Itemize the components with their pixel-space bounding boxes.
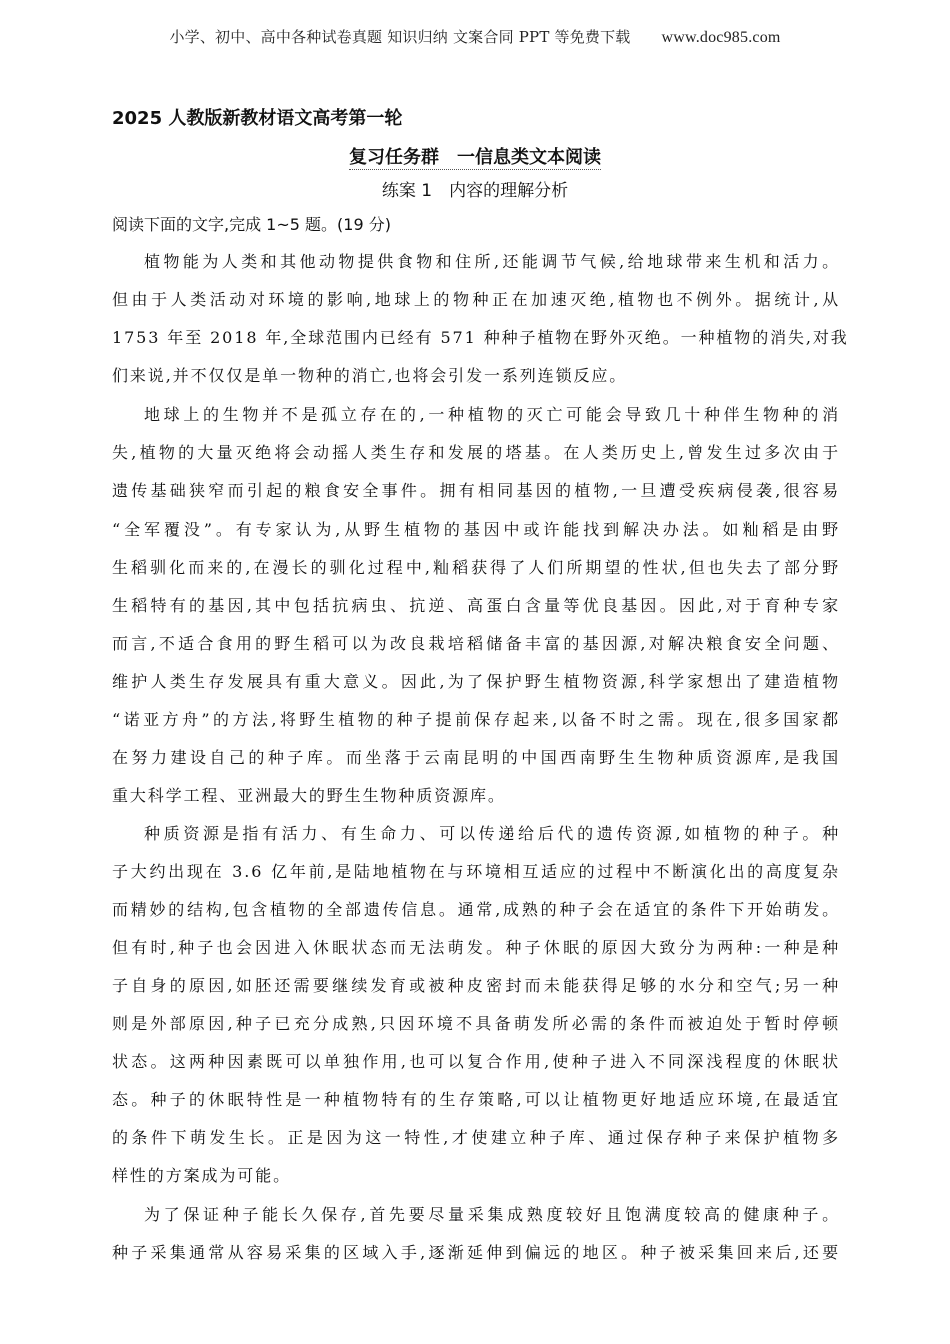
- passage-line: 态。种子的休眠特性是一种植物特有的生存策略,可以让植物更好地适应环境,在最适宜: [112, 1089, 840, 1111]
- passage-line: 样性的方案成为可能。: [112, 1165, 840, 1187]
- passage-line: 地球上的生物并不是孤立存在的,一种植物的灭亡可能会导致几十种伴生物种的消: [144, 404, 840, 426]
- task-title-text: 复习任务群 一信息类文本阅读: [349, 147, 601, 170]
- passage-line: 而精妙的结构,包含植物的全部遗传信息。通常,成熟的种子会在适宜的条件下开始萌发。: [112, 899, 840, 921]
- passage-line: 而言,不适合食用的野生稻可以为改良栽培稻储备丰富的基因源,对解决粮食安全问题、: [112, 633, 840, 655]
- passage-line: 的条件下萌发生长。正是因为这一特性,才使建立种子库、通过保存种子来保护植物多: [112, 1127, 840, 1149]
- passage-line: 在努力建设自己的种子库。而坐落于云南昆明的中国西南野生生物种质资源库,是我国: [112, 747, 840, 769]
- site-url[interactable]: www.doc985.com: [661, 29, 780, 46]
- passage-line: 1753 年至 2018 年,全球范围内已经有 571 种种子植物在野外灭绝。一…: [112, 327, 840, 349]
- passage-line: 种质资源是指有活力、有生命力、可以传递给后代的遗传资源,如植物的种子。种: [144, 823, 840, 845]
- passage-line: 失,植物的大量灭绝将会动摇人类生存和发展的塔基。在人类历史上,曾发生过多次由于: [112, 442, 840, 464]
- series-title: 2025 人教版新教材语文高考第一轮: [112, 104, 402, 130]
- passage-line: 则是外部原因,种子已充分成熟,只因环境不具备萌发所必需的条件而被迫处于暂时停顿: [112, 1013, 840, 1035]
- passage-line: 子大约出现在 3.6 亿年前,是陆地植物在与环境相互适应的过程中不断演化出的高度…: [112, 861, 840, 883]
- passage-line: “诺亚方舟”的方法,将野生植物的种子提前保存起来,以备不时之需。现在,很多国家都: [112, 709, 840, 731]
- passage-line: 但有时,种子也会因进入休眠状态而无法萌发。种子休眠的原因大致分为两种:一种是种: [112, 937, 840, 959]
- passage-line: 们来说,并不仅仅是单一物种的消亡,也将会引发一系列连锁反应。: [112, 365, 840, 387]
- passage-line: 植物能为人类和其他动物提供食物和住所,还能调节气候,给地球带来生机和活力。: [144, 251, 840, 273]
- passage-line: 遗传基础狭窄而引起的粮食安全事件。拥有相同基因的植物,一旦遭受疾病侵袭,很容易: [112, 480, 840, 502]
- passage-line: 子自身的原因,如胚还需要继续发育或被种皮密封而未能获得足够的水分和空气;另一种: [112, 975, 840, 997]
- passage-line: 为了保证种子能长久保存,首先要尽量采集成熟度较好且饱满度较高的健康种子。: [144, 1204, 840, 1226]
- passage-line: 生稻驯化而来的,在漫长的驯化过程中,籼稻获得了人们所期望的性状,但也失去了部分野: [112, 557, 840, 579]
- banner-text: 小学、初中、高中各种试卷真题 知识归纳 文案合同 PPT 等免费下载: [169, 28, 630, 46]
- passage-line: 维护人类生存发展具有重大意义。因此,为了保护野生植物资源,科学家想出了建造植物: [112, 671, 840, 693]
- passage-line: 重大科学工程、亚洲最大的野生生物种质资源库。: [112, 785, 840, 807]
- reading-instruction: 阅读下面的文字,完成 1~5 题。(19 分): [112, 212, 391, 235]
- site-banner: 小学、初中、高中各种试卷真题 知识归纳 文案合同 PPT 等免费下载 www.d…: [0, 26, 950, 47]
- passage-line: 状态。这两种因素既可以单独作用,也可以复合作用,使种子进入不同深浅程度的休眠状: [112, 1051, 840, 1073]
- passage-line: 种子采集通常从容易采集的区域入手,逐渐延伸到偏远的地区。种子被采集回来后,还要: [112, 1242, 840, 1264]
- passage-line: “全军覆没”。有专家认为,从野生植物的基因中或许能找到解决办法。如籼稻是由野: [112, 519, 840, 541]
- task-title: 复习任务群 一信息类文本阅读: [0, 143, 950, 169]
- passage-line: 但由于人类活动对环境的影响,地球上的物种正在加速灭绝,植物也不例外。据统计,从: [112, 289, 840, 311]
- passage-line: 生稻特有的基因,其中包括抗病虫、抗逆、高蛋白含量等优良基因。因此,对于育种专家: [112, 595, 840, 617]
- lesson-title: 练案 1 内容的理解分析: [0, 176, 950, 201]
